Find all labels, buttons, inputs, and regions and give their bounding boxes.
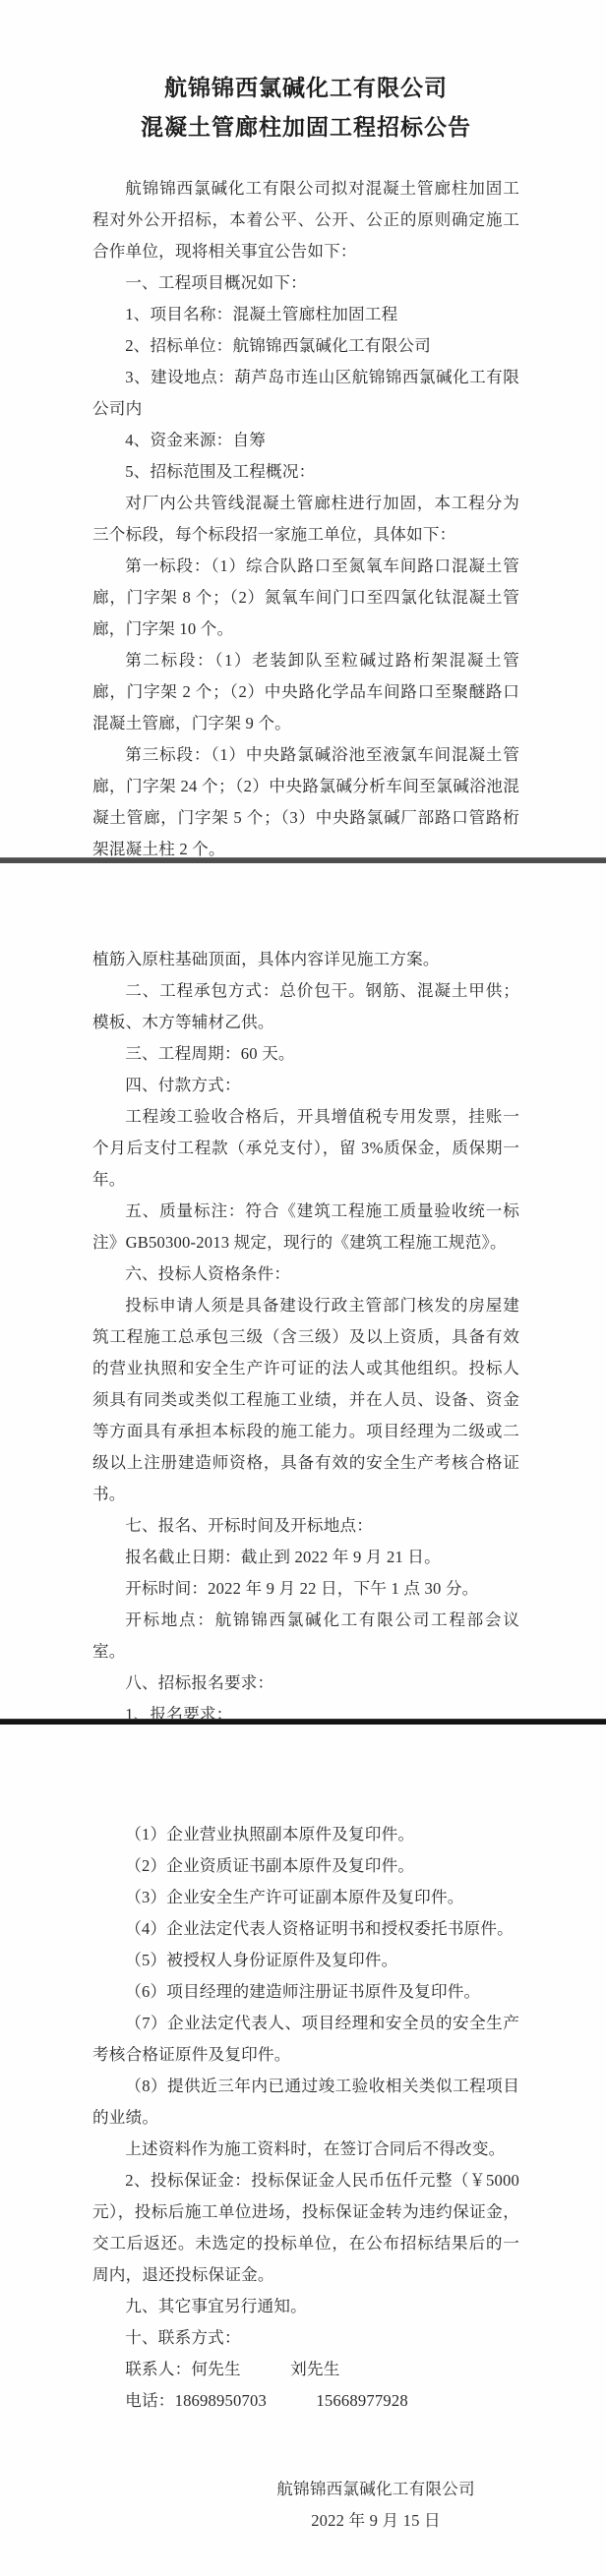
paragraph: 十、联系方式： (92, 2322, 519, 2354)
scanned-document: 航锦锦西氯碱化工有限公司 混凝土管廊柱加固工程招标公告 航锦锦西氯碱化工有限公司… (0, 0, 606, 2576)
paragraph: （8）提供近三年内已通过竣工验收相关类似工程项目的业绩。 (92, 2071, 519, 2134)
paragraph: 5、招标范围及工程概况： (92, 456, 519, 488)
paragraph: 2、招标单位：航锦锦西氯碱化工有限公司 (92, 330, 519, 362)
paragraph: 三、工程周期：60 天。 (92, 1038, 519, 1070)
paragraph: 开标时间：2022 年 9 月 22 日，下午 1 点 30 分。 (92, 1573, 519, 1605)
paragraph: 开标地点：航锦锦西氯碱化工有限公司工程部会议室。 (92, 1605, 519, 1668)
page-3-body: （1）企业营业执照副本原件及复印件。（2）企业资质证书副本原件及复印件。（3）企… (92, 1819, 519, 2417)
paragraph: 第一标段：（1）综合队路口至氮氧车间路口混凝土管廊，门字架 8 个；（2）氮氧车… (92, 551, 519, 645)
paragraph: 八、招标报名要求： (92, 1668, 519, 1699)
paragraph: （7）企业法定代表人、项目经理和安全员的安全生产考核合格证原件及复印件。 (92, 2008, 519, 2071)
paragraph: 3、建设地点：葫芦岛市连山区航锦锦西氯碱化工有限公司内 (92, 362, 519, 425)
paragraph: 航锦锦西氯碱化工有限公司拟对混凝土管廊柱加固工程对外公开招标，本着公平、公开、公… (92, 173, 519, 267)
paragraph: （2）企业资质证书副本原件及复印件。 (92, 1850, 519, 1882)
paragraph: （5）被授权人身份证原件及复印件。 (92, 1945, 519, 1976)
paragraph: （4）企业法定代表人资格证明书和授权委托书原件。 (92, 1913, 519, 1945)
paragraph: （1）企业营业执照副本原件及复印件。 (92, 1819, 519, 1850)
paragraph: 1、项目名称：混凝土管廊柱加固工程 (92, 299, 519, 330)
page-3: （1）企业营业执照副本原件及复印件。（2）企业资质证书副本原件及复印件。（3）企… (0, 1725, 606, 2576)
paragraph: 2、投标保证金：投标保证金人民币伍仟元整（￥5000 元），投标后施工单位进场，… (92, 2165, 519, 2291)
paragraph: 一、工程项目概况如下： (92, 267, 519, 299)
paragraph: 五、质量标注：符合《建筑工程施工质量验收统一标注》GB50300-2013 规定… (92, 1196, 519, 1259)
paragraph: （3）企业安全生产许可证副本原件及复印件。 (92, 1882, 519, 1913)
paragraph: 1、报名要求： (92, 1699, 519, 1719)
paragraph: 第三标段：（1）中央路氯碱浴池至液氯车间混凝土管廊，门字架 24 个；（2）中央… (92, 739, 519, 857)
signature-date: 2022 年 9 月 15 日 (162, 2505, 589, 2537)
paragraph: 四、付款方式： (92, 1070, 519, 1101)
page-2: 植筋入原柱基础顶面，具体内容详见施工方案。二、工程承包方式：总价包干。钢筋、混凝… (0, 863, 606, 1719)
paragraph: 对厂内公共管线混凝土管廊柱进行加固，本工程分为三个标段，每个标段招一家施工单位，… (92, 488, 519, 551)
paragraph: 二、工程承包方式：总价包干。钢筋、混凝土甲供；模板、木方等辅材乙供。 (92, 975, 519, 1038)
paragraph: 电话：18698950703 15668977928 (92, 2385, 519, 2417)
signature-block: 航锦锦西氯碱化工有限公司 2022 年 9 月 15 日 (162, 2474, 589, 2537)
page-1-body: 航锦锦西氯碱化工有限公司 混凝土管廊柱加固工程招标公告 航锦锦西氯碱化工有限公司… (92, 69, 519, 857)
page-1: 航锦锦西氯碱化工有限公司 混凝土管廊柱加固工程招标公告 航锦锦西氯碱化工有限公司… (0, 0, 606, 857)
paragraph: （6）项目经理的建造师注册证书原件及复印件。 (92, 1976, 519, 2008)
paragraph: 植筋入原柱基础顶面，具体内容详见施工方案。 (92, 944, 519, 975)
paragraph: 七、报名、开标时间及开标地点： (92, 1510, 519, 1542)
page-2-body: 植筋入原柱基础顶面，具体内容详见施工方案。二、工程承包方式：总价包干。钢筋、混凝… (92, 944, 519, 1719)
paragraph: 六、投标人资格条件： (92, 1259, 519, 1290)
paragraph: 第二标段：（1）老装卸队至粒碱过路桁架混凝土管廊，门字架 2 个；（2）中央路化… (92, 645, 519, 739)
paragraph: 投标申请人须是具备建设行政主管部门核发的房屋建筑工程施工总承包三级（含三级）及以… (92, 1290, 519, 1510)
signature-company: 航锦锦西氯碱化工有限公司 (162, 2474, 589, 2505)
paragraph: 九、其它事宜另行通知。 (92, 2291, 519, 2322)
doc-title-line2: 混凝土管廊柱加固工程招标公告 (92, 108, 519, 147)
paragraph: 工程竣工验收合格后，开具增值税专用发票，挂账一个月后支付工程款（承兑支付），留 … (92, 1101, 519, 1196)
paragraph: 报名截止日期：截止到 2022 年 9 月 21 日。 (92, 1542, 519, 1573)
paragraph: 联系人：何先生 刘先生 (92, 2354, 519, 2385)
doc-title-line1: 航锦锦西氯碱化工有限公司 (92, 69, 519, 108)
paragraph: 4、资金来源：自筹 (92, 425, 519, 456)
paragraph: 上述资料作为施工资料时，在签订合同后不得改变。 (92, 2134, 519, 2165)
